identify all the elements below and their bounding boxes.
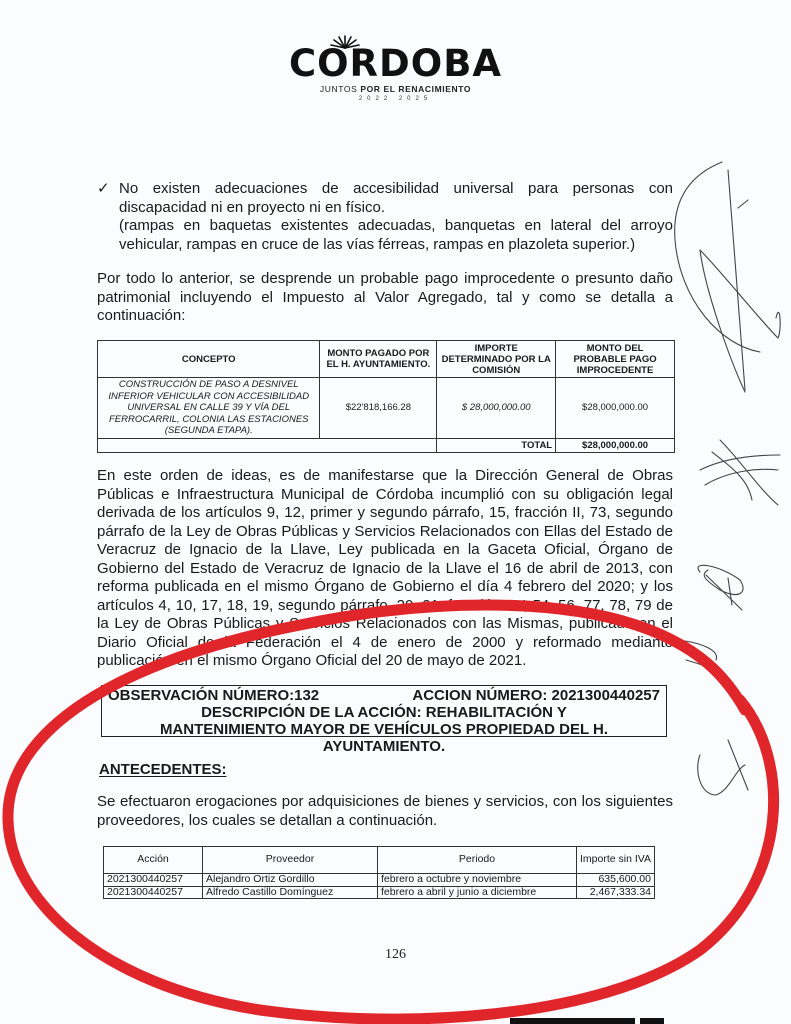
cell-accion: 2021300440257 xyxy=(104,886,203,899)
table-row: CONSTRUCCIÓN DE PASO A DESNIVEL INFERIOR… xyxy=(98,378,675,439)
col-periodo: Periodo xyxy=(378,847,577,874)
total-row: TOTAL $28,000,000.00 xyxy=(98,438,675,452)
observation-box: OBSERVACIÓN NÚMERO:132 ACCION NÚMERO: 20… xyxy=(101,685,667,737)
bullet-detail: (rampas en baquetas existentes adecuadas… xyxy=(119,217,673,254)
cell-monto-pagado: $22'818,166.28 xyxy=(320,378,437,439)
cell-monto-improcedente: $28,000,000.00 xyxy=(556,378,675,439)
col-monto-improcedente: MONTO DEL PROBABLE PAGO IMPROCEDENTE xyxy=(556,341,675,378)
col-importe: Importe sin IVA xyxy=(577,847,655,874)
action-description: DESCRIPCIÓN DE LA ACCIÓN: REHABILITACIÓN… xyxy=(102,704,666,755)
scan-artifact xyxy=(510,1018,635,1024)
col-accion: Acción xyxy=(104,847,203,874)
col-monto-pagado: MONTO PAGADO POR EL H. AYUNTAMIENTO. xyxy=(320,341,437,378)
action-number: ACCION NÚMERO: 2021300440257 xyxy=(412,687,660,704)
document-page: CORDOBA JUNTOS POR EL RENACIMIENTO 2022 … xyxy=(0,0,791,1024)
page-number: 126 xyxy=(0,947,791,963)
cell-proveedor: Alfredo Castillo Domínguez xyxy=(203,886,378,899)
logo-title: CORDOBA xyxy=(289,44,502,84)
legal-paragraph: En este orden de ideas, es de manifestar… xyxy=(97,467,673,671)
cell-concepto: CONSTRUCCIÓN DE PASO A DESNIVEL INFERIOR… xyxy=(98,378,320,439)
cell-proveedor: Alejandro Ortiz Gordillo xyxy=(203,874,378,887)
bullet-text: No existen adecuaciones de accesibilidad… xyxy=(119,180,673,217)
col-proveedor: Proveedor xyxy=(203,847,378,874)
total-value: $28,000,000.00 xyxy=(556,438,675,452)
cell-importe: 2,467,333.34 xyxy=(577,886,655,899)
sun-icon xyxy=(330,35,360,49)
observation-number: OBSERVACIÓN NÚMERO:132 xyxy=(108,687,319,704)
scan-artifact xyxy=(640,1018,664,1024)
cell-periodo: febrero a abril y junio a diciembre xyxy=(378,886,577,899)
damage-paragraph: Por todo lo anterior, se desprende un pr… xyxy=(97,270,673,326)
logo-tagline: JUNTOS POR EL RENACIMIENTO xyxy=(0,84,791,94)
cell-accion: 2021300440257 xyxy=(104,874,203,887)
col-importe-determinado: IMPORTE DETERMINADO POR LA COMISIÓN xyxy=(437,341,556,378)
accessibility-bullet: ✓ No existen adecuaciones de accesibilid… xyxy=(97,180,673,254)
antecedentes-paragraph: Se efectuaron erogaciones por adquisicio… xyxy=(97,793,673,830)
table-row: 2021300440257 Alfredo Castillo Domínguez… xyxy=(104,886,655,899)
cordoba-logo: CORDOBA JUNTOS POR EL RENACIMIENTO 2022 … xyxy=(0,44,791,104)
col-concepto: CONCEPTO xyxy=(98,341,320,378)
cell-importe: 635,600.00 xyxy=(577,874,655,887)
providers-table: Acción Proveedor Periodo Importe sin IVA… xyxy=(103,846,655,899)
cell-importe-determinado: $ 28,000,000.00 xyxy=(437,378,556,439)
total-label: TOTAL xyxy=(437,438,556,452)
antecedentes-heading: ANTECEDENTES: xyxy=(99,761,227,778)
checkmark-icon: ✓ xyxy=(97,180,110,199)
damage-table: CONCEPTO MONTO PAGADO POR EL H. AYUNTAMI… xyxy=(97,340,675,453)
cell-periodo: febrero a octubre y noviembre xyxy=(378,874,577,887)
table-row: 2021300440257 Alejandro Ortiz Gordillo f… xyxy=(104,874,655,887)
logo-years: 2022 2025 xyxy=(0,94,791,104)
